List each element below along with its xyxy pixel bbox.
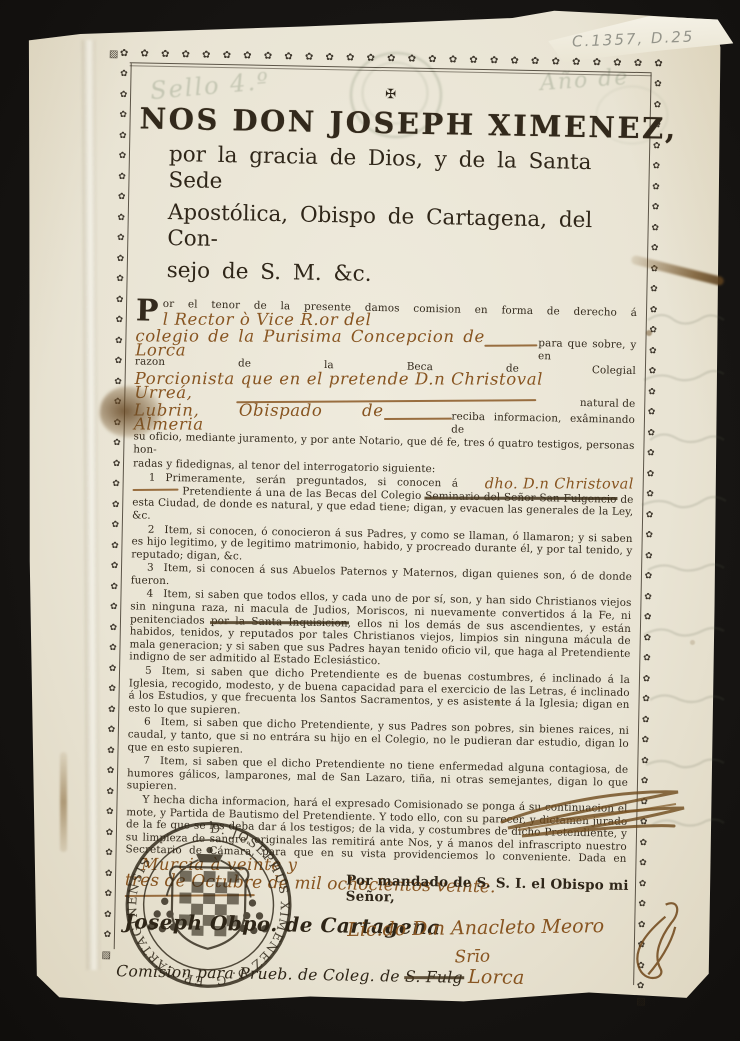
handwritten-fill: l Rector ò Vice R.or del [162,312,371,326]
struck-text: S. Fulg [405,968,463,987]
title-subline-2: Apostólica, Obispo de Cartagena, del Con… [167,200,639,261]
bleed-through-writing [640,300,735,860]
handwritten-dash [133,489,179,491]
ornament-corner-icon: ▨ [109,49,119,60]
print-segment: natural de [580,396,636,410]
drop-cap: P [136,298,159,324]
secretary-attestation: Por mandado de S. S. I. el Obispo mi Señ… [346,873,647,911]
handwritten-dash [485,344,538,346]
interrogatory-item-4: 4Item, si saben que todos ellos, y cada … [129,588,631,673]
interrogatory-item-5: 5Item, si saben que dicho Pretendiente e… [128,664,630,724]
interrogatory-item-1: 1Primeramente, serán preguntados, si con… [132,470,634,531]
handwritten-fill: colegio de la Purisima Concepcion de Lor… [135,330,485,359]
handwritten-fill: dho. D.n Christoval [469,478,634,490]
item-number: 6 [144,716,151,728]
secretary-signature: Lic.do D.n Anacleto Meoro [347,915,604,941]
item-number: 7 [143,755,150,767]
item-number: 4 [146,588,153,600]
handwritten-fill: Lorca [468,966,525,989]
signature-rubric [614,896,686,987]
handwritten-fill: Porcionista que en el pretende D.n Chris… [135,372,543,387]
archive-photo-background: { "archive_note": "C.1357, D.25", "fisca… [0,0,740,1041]
handwritten-fill: Urreá, [134,385,192,399]
handwritten-dash [384,417,452,419]
item-number: 3 [147,562,154,574]
printed-form: ✿ ✿ ✿ ✿ ✿ ✿ ✿ ✿ ✿ ✿ ✿ ✿ ✿ ✿ ✿ ✿ ✿ ✿ ✿ ✿ … [100,48,665,996]
item-number: 1 [149,472,156,484]
secretary-block: Por mandado de S. S. I. el Obispo mi Señ… [344,873,646,971]
secretary-title: Srīo [454,946,490,967]
document-title: NOS DON JOSEPH XIMENEZ, [139,101,641,145]
seal-coat-of-arms [147,846,270,950]
print-segment: Item, si saben que dicho Pretendiente es… [128,665,630,716]
ornament-terminal-left-icon: ▨ [101,950,111,961]
item-number: 2 [148,523,155,535]
print-segment: para que sobre, y en [538,337,637,364]
struck-text: por la Santa Inquisicion [211,615,348,630]
item-number: 5 [145,665,152,677]
title-subline-3: sejo de S. M. &c. [166,258,637,293]
ink-spot [496,700,500,704]
title-subline-1: por la gracia de Dios, y de la Santa Sed… [168,142,640,203]
ornament-terminal-right-icon: ▨ [636,996,646,1007]
handwritten-fill: Lubrin, Obispado de Almeria [134,404,384,432]
print-segment: reciba informacion, exâminando de [451,411,635,440]
print-segment: , ellos ni los demás de sus ascendientes… [129,617,631,667]
